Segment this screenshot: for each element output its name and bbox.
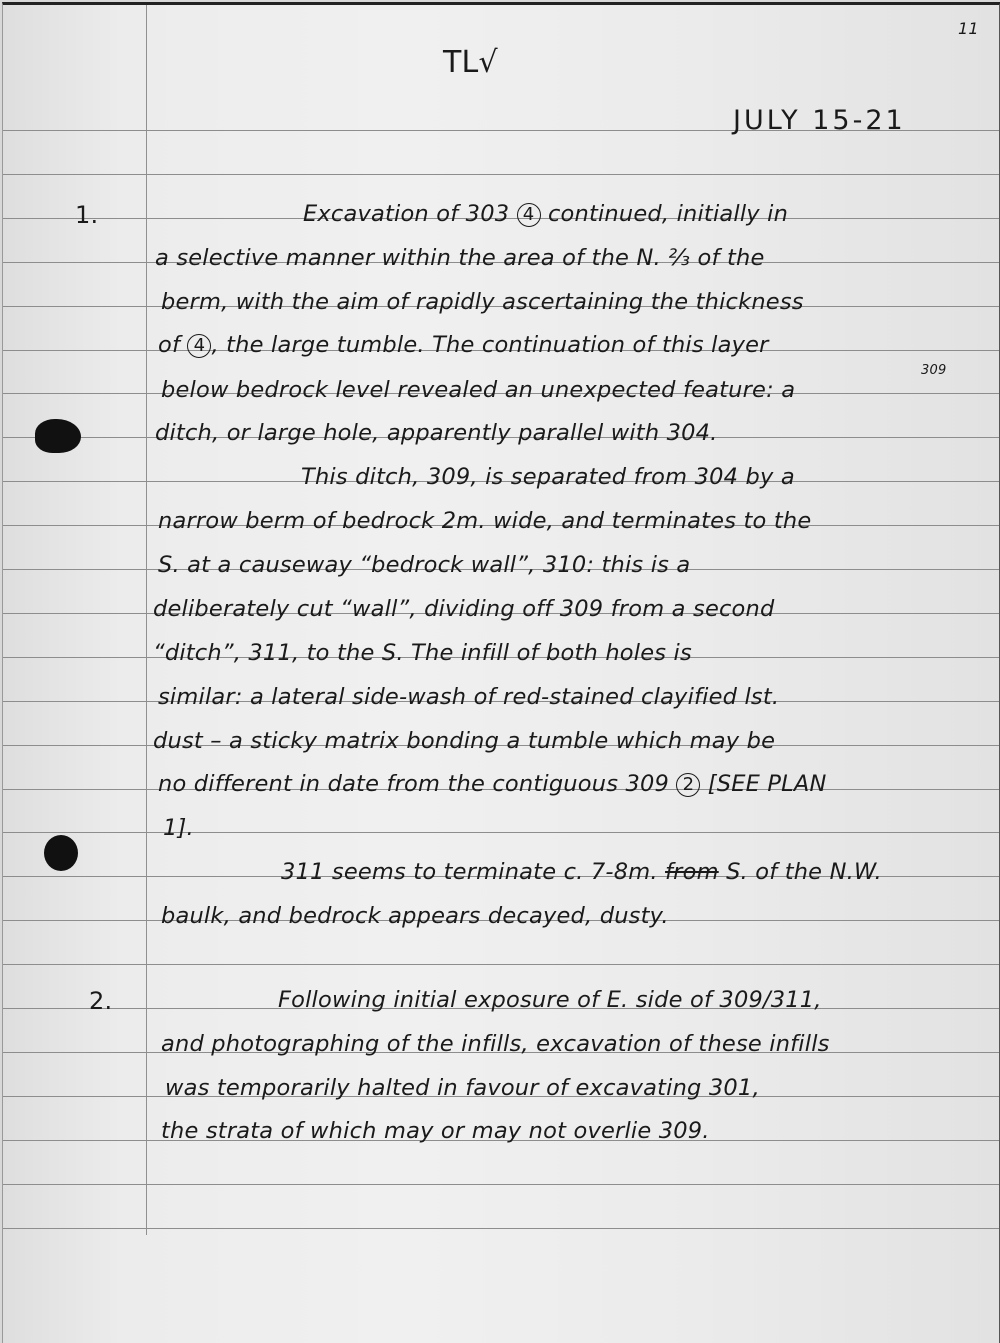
text-line: S. at a causeway “bedrock wall”, 310: th…	[158, 552, 690, 578]
text-line: 311 seems to terminate c. 7-8m. from S. …	[281, 859, 882, 885]
text-line: similar: a lateral side-wash of red-stai…	[158, 684, 779, 710]
text-line: “ditch”, 311, to the S. The infill of bo…	[153, 640, 692, 666]
ruled-line	[3, 174, 999, 175]
ruled-line	[3, 964, 999, 965]
ruled-line	[3, 832, 999, 833]
circled-number: 4	[517, 203, 541, 227]
text-line: deliberately cut “wall”, dividing off 30…	[153, 596, 774, 622]
text-line: below bedrock level revealed an unexpect…	[161, 377, 795, 403]
text-line: 1].	[163, 815, 194, 841]
margin-line	[146, 5, 147, 1235]
punch-hole	[35, 419, 81, 453]
text-line: baulk, and bedrock appears decayed, dust…	[161, 903, 669, 929]
text-line: Following initial exposure of E. side of…	[278, 987, 822, 1013]
ruled-line	[3, 1184, 999, 1185]
entry-date: JULY 15-21	[733, 105, 906, 136]
text-line: a selective manner within the area of th…	[155, 245, 765, 271]
page-number: 11	[958, 19, 979, 38]
ruled-line	[3, 1228, 999, 1229]
checkmark-annotation: TL√	[443, 45, 498, 80]
circled-number: 2	[676, 773, 700, 797]
insertion-note: 309	[921, 363, 946, 378]
circled-number: 4	[187, 334, 211, 358]
struck-word: from	[665, 859, 719, 885]
text-line: berm, with the aim of rapidly ascertaini…	[161, 289, 804, 315]
section-number: 1.	[75, 201, 98, 229]
notebook-page: 11 TL√ JULY 15-21 1. 2. Excavation of 30…	[2, 2, 1000, 1343]
text-line: ditch, or large hole, apparently paralle…	[155, 420, 718, 446]
text-line: no different in date from the contiguous…	[158, 771, 827, 797]
text-line: narrow berm of bedrock 2m. wide, and ter…	[158, 508, 811, 534]
text-line: the strata of which may or may not overl…	[161, 1118, 710, 1144]
text-line: of 4, the large tumble. The continuation…	[158, 332, 769, 358]
section-number: 2.	[89, 987, 112, 1015]
text-line: and photographing of the infills, excava…	[161, 1031, 830, 1057]
text-line: This ditch, 309, is separated from 304 b…	[301, 464, 795, 490]
text-line: dust – a sticky matrix bonding a tumble …	[153, 728, 775, 754]
text-line: Excavation of 303 4 continued, initially…	[303, 201, 788, 227]
punch-hole	[44, 835, 78, 871]
text-line: was temporarily halted in favour of exca…	[165, 1075, 760, 1101]
